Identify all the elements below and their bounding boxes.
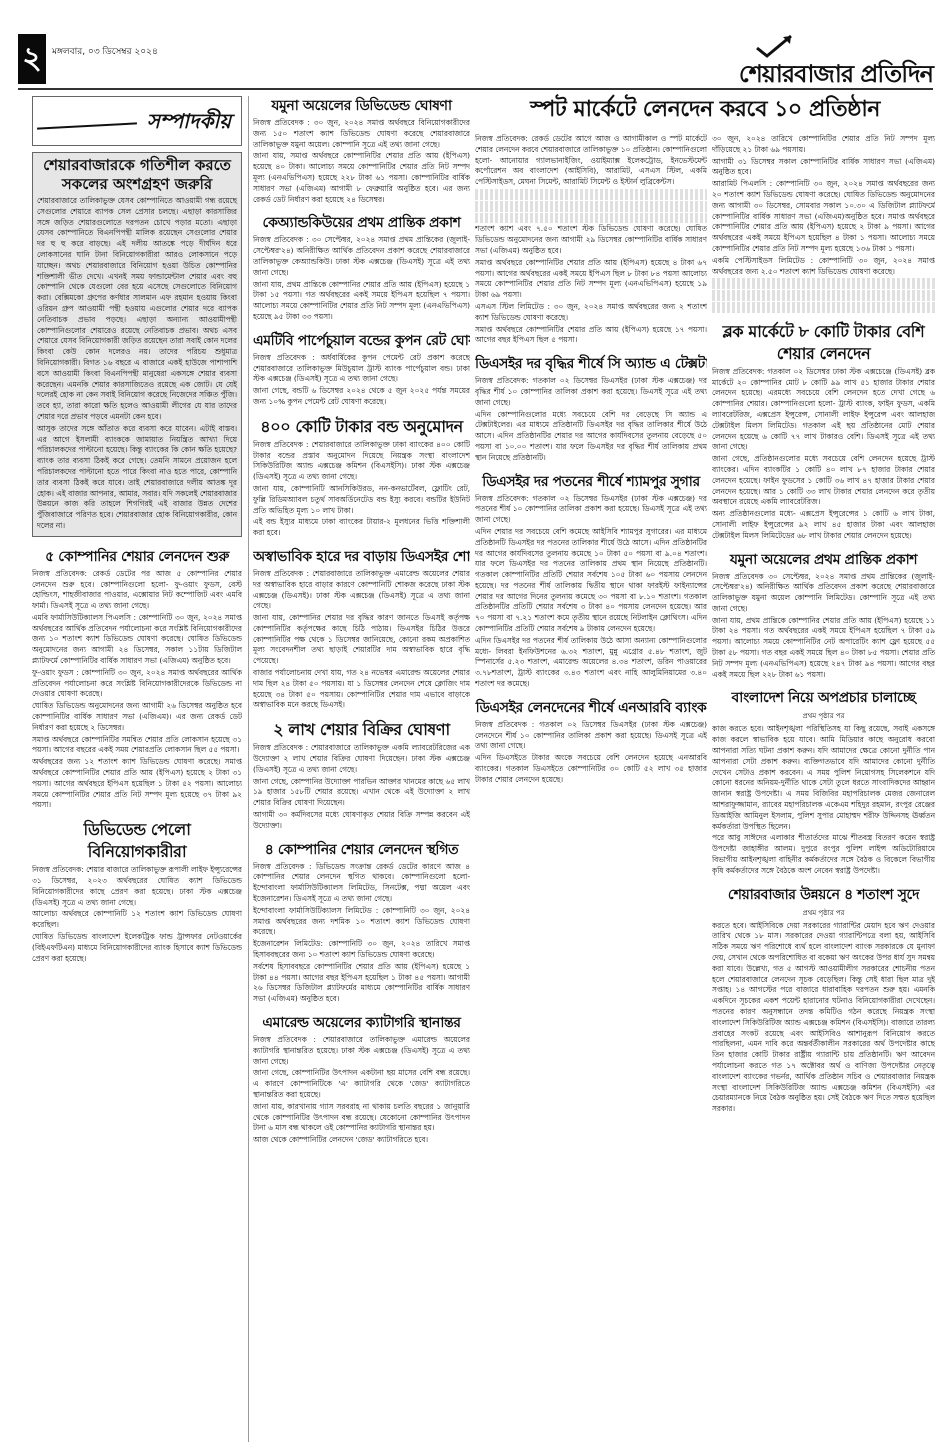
column-4: ৩০ জুন, ২০২৪ তারিখে কোম্পানিটির শেয়ার প… <box>712 96 935 1442</box>
news-story: ৪ কোম্পানির শেয়ার লেনদেন স্থগিত নিজস্ব … <box>253 840 470 1005</box>
column-3: নিজস্ব প্রতিবেদক: রেকর্ড ডেটের আগে আজ ও … <box>475 96 707 1442</box>
news-story: ব্লক মার্কেটে ৮ কোটি টাকার বেশি শেয়ার ল… <box>712 321 935 542</box>
news-story: কেঅ্যান্ডকিউয়ের প্রথম প্রান্তিক প্রকাশ … <box>253 213 470 322</box>
editorial-paragraph: শেয়ারবাজারে তালিকাভুক্ত যেসব কোম্পানিতে… <box>37 196 237 423</box>
decorative-stroke <box>37 122 137 129</box>
news-story: ডিভিডেন্ড পেলো বিনিয়োগকারীরা নিজস্ব প্র… <box>32 819 242 964</box>
lead-story-part-1: নিজস্ব প্রতিবেদক: রেকর্ড ডেটের আগে আজ ও … <box>475 134 707 346</box>
story-headline: কেঅ্যান্ডকিউয়ের প্রথম প্রান্তিক প্রকাশ <box>253 213 470 233</box>
news-story: ২ লাখ শেয়ার বিক্রির ঘোষণা নিজস্ব প্রতিব… <box>253 719 470 831</box>
continued-from-label: প্রথম পৃষ্ঠার পর <box>712 710 935 722</box>
news-story: ডিএসইর লেনদেনের শীর্ষে এনআরবি ব্যাংক নিজ… <box>475 698 707 786</box>
news-story: ৪০০ কোটি টাকার বন্ড অনুমোদন নিজস্ব প্রতি… <box>253 416 470 539</box>
story-headline: এমটিবি পার্পেচুয়াল বন্ডের কুপন রেট ঘোষণ… <box>253 331 470 351</box>
story-headline: যমুনা অয়েলের প্রথম প্রান্তিক প্রকাশ <box>712 550 935 570</box>
text-filler <box>712 302 935 313</box>
news-story: এমটিবি পার্পেচুয়াল বন্ডের কুপন রেট ঘোষণ… <box>253 331 470 408</box>
story-headline: ৪ কোম্পানির শেয়ার লেনদেন স্থগিত <box>253 840 470 860</box>
story-headline: ডিএসইর দর বৃদ্ধির শীর্ষে সি অ্যান্ড এ টে… <box>475 354 707 374</box>
story-headline: বাংলাদেশ নিয়ে অপপ্রচার চালাচ্ছে <box>712 688 935 708</box>
story-headline: ২ লাখ শেয়ার বিক্রির ঘোষণা <box>253 719 470 741</box>
news-story: এমারেল্ড অয়েলের ক্যাটাগরি স্থানান্তর নি… <box>253 1013 470 1146</box>
story-headline: যমুনা অয়েলের ডিভিডেন্ড ঘোষণা <box>253 96 470 116</box>
page-header: ২ মঙ্গলবার, ০৩ ডিসেম্বর ২০২৪ শেয়ারবাজার… <box>0 0 945 92</box>
story-headline: এমারেল্ড অয়েলের ক্যাটাগরি স্থানান্তর <box>253 1013 470 1033</box>
editorial-box: শেয়ারবাজারকে গতিশীল করতে সকলের অংশগ্রহণ… <box>32 152 242 537</box>
rising-arrow-icon <box>755 34 795 58</box>
story-headline: অস্বাভাবিক হারে দর বাড়ায় ডিএসইর শোকজ <box>253 547 470 567</box>
text-filler <box>712 290 935 301</box>
story-headline: ডিএসইর লেনদেনের শীর্ষে এনআরবি ব্যাংক <box>475 698 707 718</box>
editorial-headline: শেয়ারবাজারকে গতিশীল করতে সকলের অংশগ্রহণ… <box>37 156 237 194</box>
news-story: শেয়ারবাজার উন্নয়নে ৪ শতাংশ সুদে প্রথম … <box>712 885 935 1115</box>
news-story: যমুনা অয়েলের প্রথম প্রান্তিক প্রকাশ নিজ… <box>712 550 935 681</box>
news-story: ডিএসইর দর পতনের শীর্ষে শ্যামপুর সুগার নি… <box>475 472 707 690</box>
news-story: বাংলাদেশ নিয়ে অপপ্রচার চালাচ্ছে প্রথম প… <box>712 688 935 876</box>
story-headline: ব্লক মার্কেটে ৮ কোটি টাকার বেশি শেয়ার ল… <box>712 321 935 365</box>
story-headline: ৪০০ কোটি টাকার বন্ড অনুমোদন <box>253 416 470 438</box>
text-filler <box>712 278 935 289</box>
story-headline: শেয়ারবাজার উন্নয়নে ৪ শতাংশ সুদে <box>712 885 935 905</box>
story-headline: ডিভিডেন্ড পেলো বিনিয়োগকারীরা <box>32 819 242 863</box>
story-headline: ডিএসইর দর পতনের শীর্ষে শ্যামপুর সুগার <box>475 472 707 492</box>
editorial-section-label: সম্পাদকীয় <box>32 96 242 146</box>
text-filler <box>475 201 707 212</box>
story-headline: ৫ কোম্পানির শেয়ার লেনদেন শুরু <box>32 547 242 567</box>
news-story: অস্বাভাবিক হারে দর বাড়ায় ডিএসইর শোকজ ন… <box>253 547 470 711</box>
news-story: যমুনা অয়েলের ডিভিডেন্ড ঘোষণা নিজস্ব প্র… <box>253 96 470 205</box>
masthead-logo: শেয়ারবাজার প্রতিদিন <box>739 56 933 96</box>
column-2: যমুনা অয়েলের ডিভিডেন্ড ঘোষণা নিজস্ব প্র… <box>248 96 470 1442</box>
text-filler <box>475 213 707 224</box>
header-rule <box>18 88 933 90</box>
lead-story-part-2: ৩০ জুন, ২০২৪ তারিখে কোম্পানিটির শেয়ার প… <box>712 134 935 313</box>
news-story: ৫ কোম্পানির শেয়ার লেনদেন শুরু নিজস্ব প্… <box>32 547 242 812</box>
editorial-paragraph: আসুক তাদের সঙ্গে আঁতাত করে ব্যবসা করে যা… <box>37 424 237 532</box>
news-story: ডিএসইর দর বৃদ্ধির শীর্ষে সি অ্যান্ড এ টে… <box>475 354 707 463</box>
continued-from-label: প্রথম পৃষ্ঠার পর <box>712 907 935 919</box>
column-1: সম্পাদকীয় শেয়ারবাজারকে গতিশীল করতে সকল… <box>32 96 242 1442</box>
text-filler <box>475 189 707 200</box>
page-number: ২ <box>18 34 46 84</box>
issue-date: মঙ্গলবার, ০৩ ডিসেম্বর ২০২৪ <box>52 44 158 59</box>
